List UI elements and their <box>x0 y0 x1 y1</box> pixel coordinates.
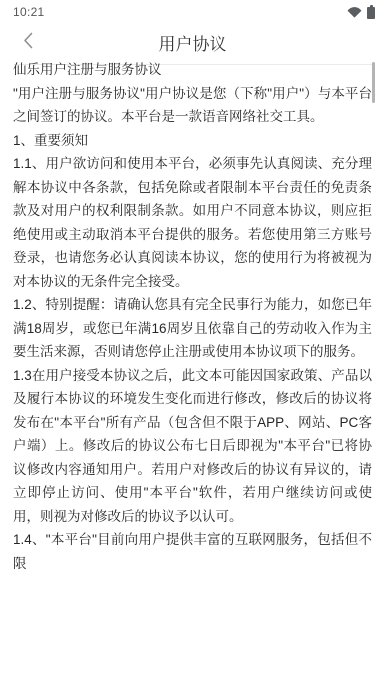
user-agreement-screen: 10:21 用户协议 仙乐用户注册与服务 <box>0 0 385 686</box>
agreement-content[interactable]: 仙乐用户注册与服务协议 "用户注册与服务协议"用户协议是您（下称"用户"）与本平… <box>0 58 385 686</box>
status-bar: 10:21 <box>0 0 385 24</box>
battery-icon <box>367 5 375 19</box>
wifi-icon <box>347 6 362 18</box>
clause-1-3: 1.3在用户接受本协议之后，此文本可能因国家政策、产品以及履行本协议的环境发生变… <box>13 364 372 529</box>
section-heading: 1、重要须知 <box>13 129 372 153</box>
status-icons <box>347 5 375 19</box>
clause-1-2: 1.2、特别提醒：请确认您具有完全民事行为能力，如您已年满18周岁，或您已年满1… <box>13 293 372 364</box>
paragraph-intro: "用户注册与服务协议"用户协议是您（下称"用户"）与本平台之间签订的协议。本平台… <box>13 82 372 129</box>
clause-1-1: 1.1、用户欲访问和使用本平台，必须事先认真阅读、充分理解本协议中各条款，包括免… <box>13 152 372 293</box>
page-title: 用户协议 <box>159 30 227 55</box>
doc-title: 仙乐用户注册与服务协议 <box>13 62 162 77</box>
clause-1-4: 1.4、"本平台"目前向用户提供丰富的互联网服务，包括但不限 <box>13 528 372 575</box>
scrollbar-thumb[interactable] <box>372 62 375 103</box>
back-button[interactable] <box>10 24 46 60</box>
doc-title-row: 仙乐用户注册与服务协议 <box>13 58 372 82</box>
chevron-left-icon <box>23 32 33 52</box>
nav-bar: 用户协议 <box>0 24 385 60</box>
status-time: 10:21 <box>13 5 45 19</box>
